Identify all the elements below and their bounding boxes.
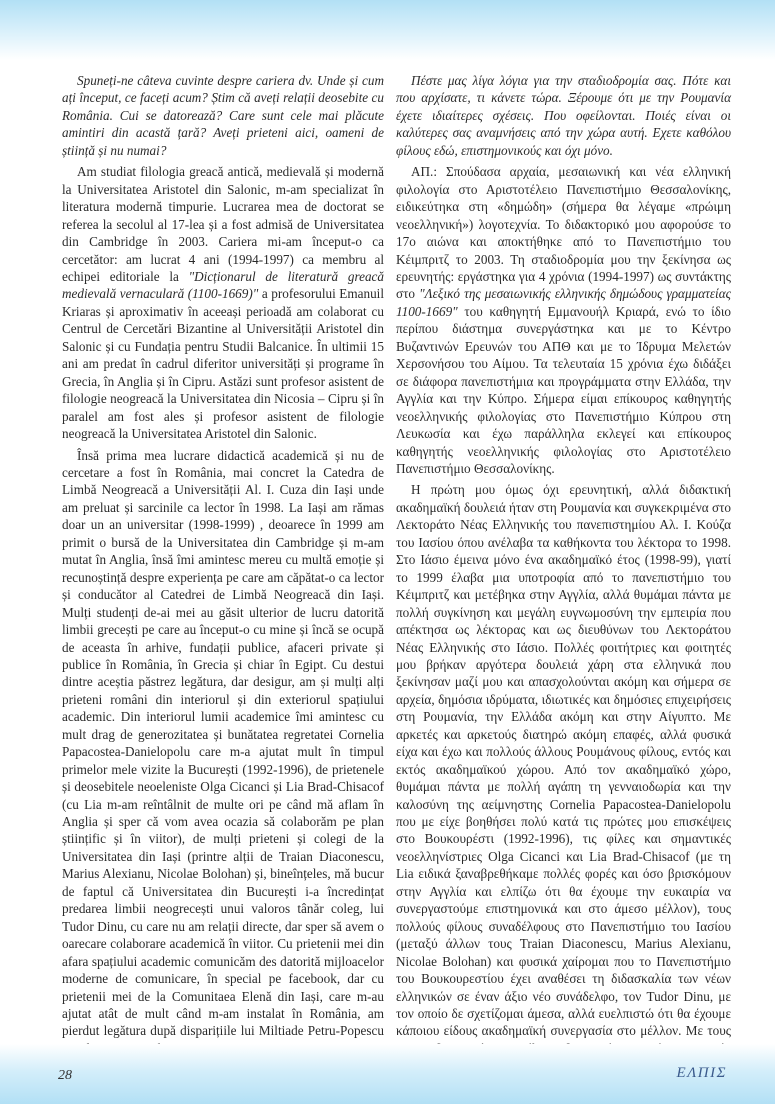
magazine-name: ΕΛΠΙΣ [677, 1065, 727, 1082]
answer-text: a profesorului Emanuil Kriaras și aproxi… [62, 286, 384, 441]
answer-text: ΑΠ.: Σπούδασα αρχαία, μεσαιωνική και νέα… [396, 164, 731, 301]
answer-paragraph-el-1: ΑΠ.: Σπούδασα αρχαία, μεσαιωνική και νέα… [396, 163, 731, 477]
answer-paragraph-el-2: Η πρώτη μου όμως όχι ερευνητική, αλλά δι… [396, 481, 731, 1092]
header-gradient-band [0, 0, 775, 60]
interview-question-ro: Spuneți-ne câteva cuvinte despre cariera… [62, 72, 384, 159]
interview-question-el: Πέστε μας λίγα λόγια για την σταδιοδρομί… [396, 72, 731, 159]
answer-text: Am studiat filologia greacă antică, medi… [62, 164, 384, 284]
answer-text: του καθηγητή Εμμανουήλ Κριαρά, ενώ το ίδ… [396, 304, 731, 476]
footer-gradient-band [0, 1044, 775, 1104]
answer-paragraph-ro-2: Însă prima mea lucrare didactică academi… [62, 447, 384, 1058]
romanian-column: Spuneți-ne câteva cuvinte despre cariera… [62, 72, 384, 1061]
page-number: 28 [58, 1068, 72, 1084]
greek-column: Πέστε μας λίγα λόγια για την σταδιοδρομί… [396, 72, 731, 1096]
answer-paragraph-ro-1: Am studiat filologia greacă antică, medi… [62, 163, 384, 442]
